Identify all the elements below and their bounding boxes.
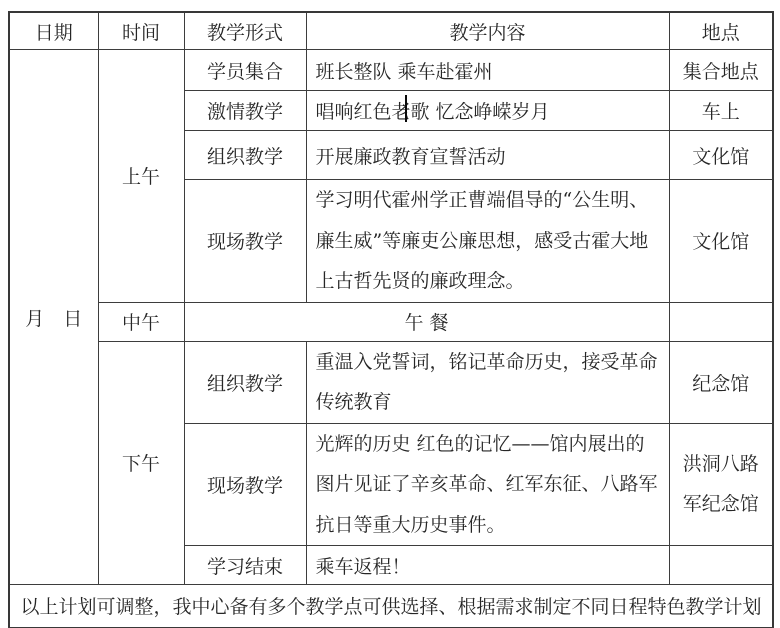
schedule-table: 日期 时间 教学形式 教学内容 地点 月 日 上午 学员集合 班长整队 乘车赴霍… xyxy=(8,11,774,628)
cell-location[interactable] xyxy=(669,302,773,341)
header-cell-form[interactable]: 教学形式 xyxy=(184,12,306,50)
cell-time-noon[interactable]: 中午 xyxy=(98,302,184,341)
cell-form[interactable]: 现场教学 xyxy=(184,423,306,546)
header-cell-date[interactable]: 日期 xyxy=(9,12,98,50)
document-page: { "document": { "header": { "date": "日期"… xyxy=(0,0,780,628)
cell-location[interactable]: 文化馆 xyxy=(669,180,773,303)
cell-content[interactable]: 学习明代霍州学正曹端倡导的“公生明、 廉生威”等廉吏公廉思想，感受古霍大地 上古… xyxy=(306,180,669,303)
footer-note[interactable]: 以上计划可调整，我中心备有多个教学点可供选择、根据需求制定不同日程特色教学计划 xyxy=(9,585,773,628)
table-header-row: 日期 时间 教学形式 教学内容 地点 xyxy=(9,12,773,50)
cell-location[interactable]: 纪念馆 xyxy=(669,341,773,423)
text-caret xyxy=(405,95,407,122)
cell-form[interactable]: 学习结束 xyxy=(184,546,306,585)
header-cell-time[interactable]: 时间 xyxy=(98,12,184,50)
cell-content[interactable]: 重温入党誓词，铭记革命历史，接受革命 传统教育 xyxy=(306,341,669,423)
cell-content[interactable]: 唱响红色老歌 忆念峥嵘岁月 xyxy=(306,91,669,131)
cell-content[interactable]: 班长整队 乘车赴霍州 xyxy=(306,50,669,91)
cell-date-value[interactable]: 月 日 xyxy=(9,50,98,585)
table-row-lunch: 中午 午 餐 xyxy=(9,302,773,341)
cell-location[interactable] xyxy=(669,546,773,585)
cell-location[interactable]: 集合地点 xyxy=(669,50,773,91)
cell-form[interactable]: 激情教学 xyxy=(184,91,306,131)
cell-content[interactable]: 开展廉政教育宣誓活动 xyxy=(306,131,669,180)
table-row: 下午 组织教学 重温入党誓词，铭记革命历史，接受革命 传统教育 纪念馆 xyxy=(9,341,773,423)
cell-form[interactable]: 现场教学 xyxy=(184,180,306,303)
table-row: 月 日 上午 学员集合 班长整队 乘车赴霍州 集合地点 xyxy=(9,50,773,91)
cell-time-morning[interactable]: 上午 xyxy=(98,50,184,303)
cell-lunch[interactable]: 午 餐 xyxy=(184,302,669,341)
table-footer-row: 以上计划可调整，我中心备有多个教学点可供选择、根据需求制定不同日程特色教学计划 xyxy=(9,585,773,628)
cell-form[interactable]: 组织教学 xyxy=(184,341,306,423)
cell-location[interactable]: 洪洞八路 军纪念馆 xyxy=(669,423,773,546)
cell-location[interactable]: 文化馆 xyxy=(669,131,773,180)
cell-form[interactable]: 组织教学 xyxy=(184,131,306,180)
cell-location[interactable]: 车上 xyxy=(669,91,773,131)
cell-content[interactable]: 光辉的历史 红色的记忆——馆内展出的 图片见证了辛亥革命、红军东征、八路军 抗日… xyxy=(306,423,669,546)
header-cell-location[interactable]: 地点 xyxy=(669,12,773,50)
cell-form[interactable]: 学员集合 xyxy=(184,50,306,91)
header-cell-content[interactable]: 教学内容 xyxy=(306,12,669,50)
cell-content[interactable]: 乘车返程！ xyxy=(306,546,669,585)
cell-time-afternoon[interactable]: 下午 xyxy=(98,341,184,585)
